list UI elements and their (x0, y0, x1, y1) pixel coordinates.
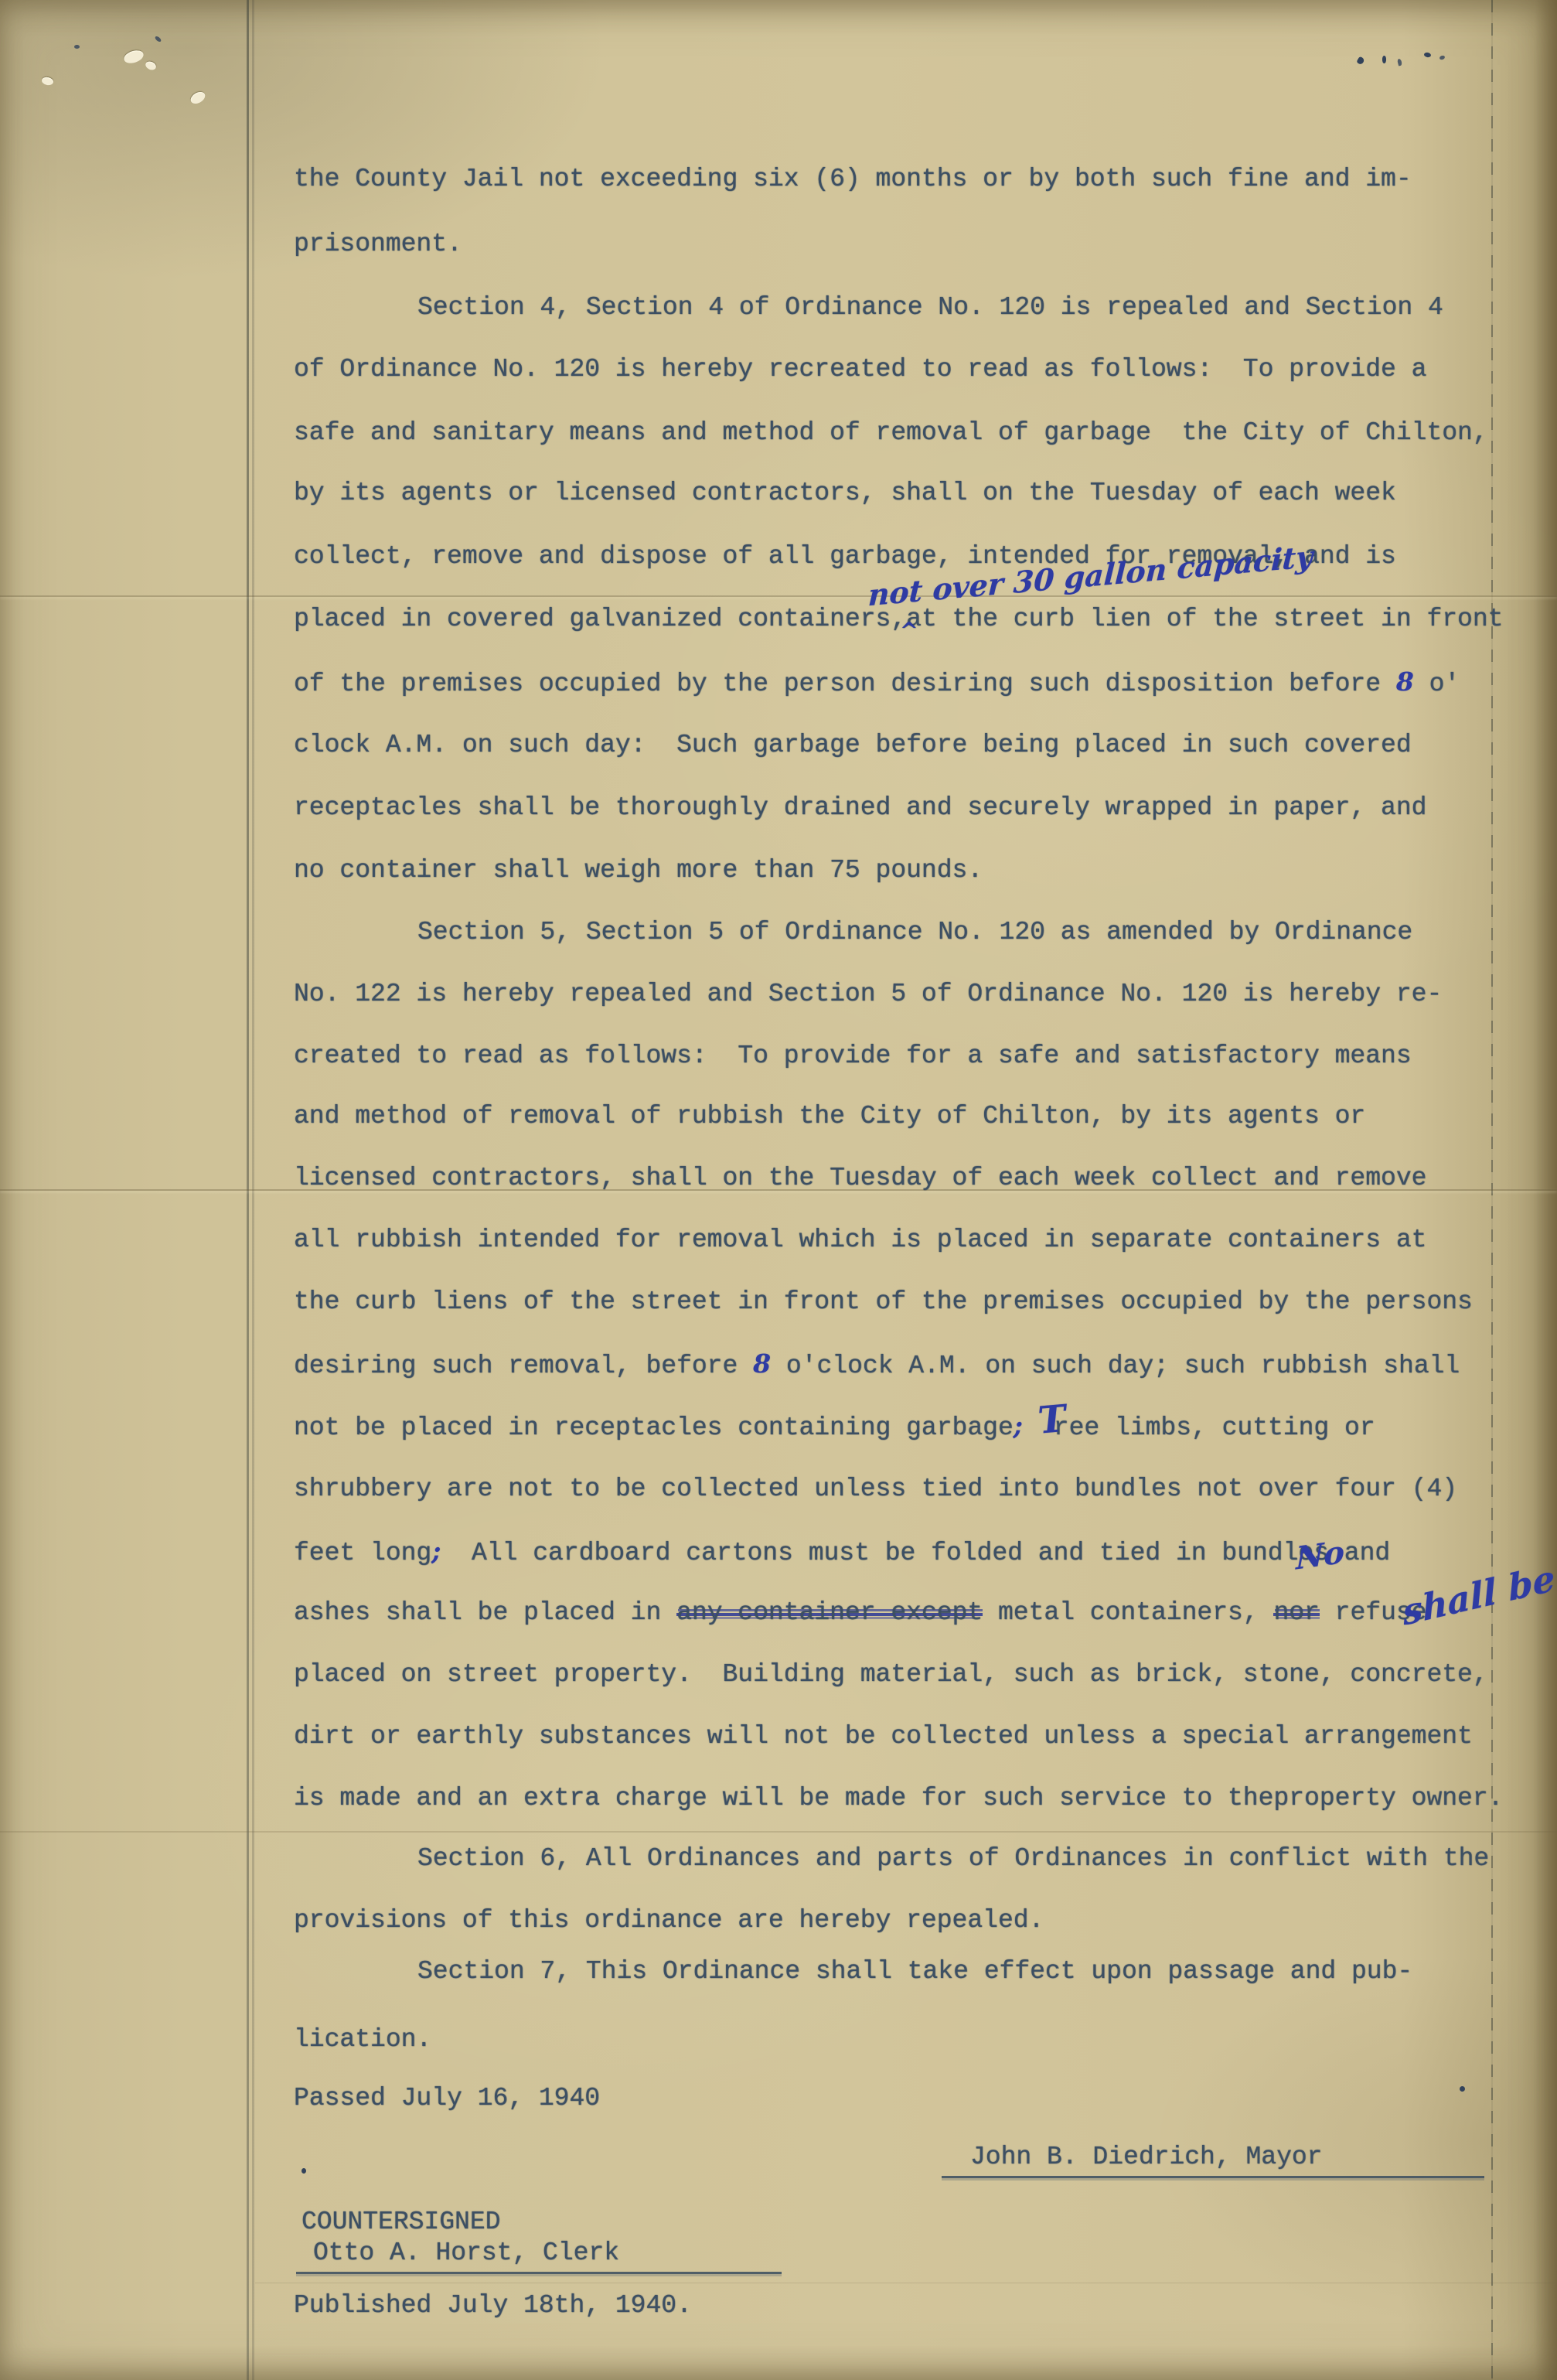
handwritten-edit: ; (1014, 1410, 1023, 1441)
ink-speck (1424, 52, 1432, 57)
text-line: of the premises occupied by the person d… (294, 667, 1460, 700)
paper-damage-speck (189, 90, 207, 106)
typed-text: ree limbs, cutting or (1054, 1413, 1375, 1442)
typed-text: o' (1414, 670, 1460, 698)
typed-text: dirt or earthly substances will not be c… (294, 1722, 1473, 1751)
typed-text: safe and sanitary means and method of re… (294, 418, 1488, 447)
typed-text: at the curb lien of the street in front (906, 605, 1503, 633)
text-line: prisonment. (294, 229, 462, 260)
text-line: Section 7, This Ordinance shall take eff… (417, 1956, 1412, 1987)
typed-text: shrubbery are not to be collected unless… (294, 1475, 1457, 1503)
text-line: the curb liens of the street in front of… (294, 1287, 1473, 1318)
typed-text: ashes shall be placed in (294, 1598, 676, 1627)
mayor-signature-underline (942, 2176, 1484, 2178)
typed-text: of the premises occupied by the person d… (294, 670, 1396, 698)
typed-text: clock A.M. on such day: Such garbage bef… (294, 731, 1412, 759)
text-line: COUNTERSIGNED (302, 2207, 500, 2238)
handwritten-edit: 8 (1396, 667, 1414, 697)
text-line: of Ordinance No. 120 is hereby recreated… (294, 354, 1426, 385)
ink-speck (1356, 56, 1365, 66)
text-line: the County Jail not exceeding six (6) mo… (294, 164, 1412, 195)
paper-damage-speck (41, 77, 54, 87)
text-line: licensed contractors, shall on the Tuesd… (294, 1163, 1426, 1194)
typed-text: Passed July 16, 1940 (294, 2084, 600, 2112)
typed-text: John B. Diedrich, Mayor (970, 2143, 1322, 2171)
typed-text: Published July 18th, 1940. (294, 2291, 692, 2320)
typed-text: the curb liens of the street in front of… (294, 1287, 1473, 1316)
ink-smudge (74, 45, 80, 49)
text-line: is made and an extra charge will be made… (294, 1783, 1503, 1814)
ink-speck (1439, 55, 1445, 60)
typed-text: placed on street property. Building mate… (294, 1660, 1488, 1689)
text-line: Section 5, Section 5 of Ordinance No. 12… (417, 917, 1412, 948)
typed-text: prisonment. (294, 230, 462, 258)
typed-text: licensed contractors, shall on the Tuesd… (294, 1164, 1426, 1192)
typed-text: lication. (294, 2025, 431, 2054)
ink-dot (1460, 2086, 1465, 2092)
typed-text: provisions of this ordinance are hereby … (294, 1906, 1044, 1935)
text-line: created to read as follows: To provide f… (294, 1041, 1412, 1072)
text-line: provisions of this ordinance are hereby … (294, 1905, 1044, 1936)
typed-text: o'clock A.M. on such day; such rubbish s… (771, 1352, 1460, 1380)
horizontal-fold-crease-4 (255, 2283, 1554, 2283)
typed-text: Otto A. Horst, Clerk (313, 2238, 619, 2267)
horizontal-fold-crease-1 (0, 595, 1557, 597)
handwritten-edit: nor (1273, 1598, 1319, 1627)
text-line: and method of removal of rubbish the Cit… (294, 1101, 1365, 1132)
typed-text: metal containers, (983, 1598, 1273, 1627)
text-line: No. 122 is hereby repealed and Section 5… (294, 979, 1442, 1010)
typed-text: no container shall weigh more than 75 po… (294, 856, 983, 885)
text-line: by its agents or licensed contractors, s… (294, 478, 1396, 509)
typed-text: All cardboard cartons must be folded and… (441, 1539, 1390, 1567)
handwritten-edit: 8 (753, 1349, 771, 1379)
text-line: all rubbish intended for removal which i… (294, 1225, 1426, 1256)
text-line: desiring such removal, before 8 o'clock … (294, 1349, 1460, 1382)
ink-speck (1397, 59, 1402, 66)
text-line: Otto A. Horst, Clerk (313, 2238, 619, 2269)
text-line: dirt or earthly substances will not be c… (294, 1721, 1473, 1752)
typed-text: COUNTERSIGNED (302, 2208, 500, 2236)
text-line: no container shall weigh more than 75 po… (294, 855, 983, 886)
typed-text: Section 5, Section 5 of Ordinance No. 12… (417, 918, 1412, 946)
text-line: safe and sanitary means and method of re… (294, 418, 1488, 448)
typed-text: created to read as follows: To provide f… (294, 1042, 1412, 1070)
text-line: Passed July 16, 1940 (294, 2083, 600, 2114)
typed-text: by its agents or licensed contractors, s… (294, 479, 1396, 507)
typed-text: Section 7, This Ordinance shall take eff… (417, 1957, 1412, 1986)
typed-text (1023, 1413, 1038, 1442)
typed-text: receptacles shall be thoroughly drained … (294, 793, 1426, 822)
typed-text: desiring such removal, before (294, 1352, 753, 1380)
handwritten-edit: any container except (676, 1598, 983, 1627)
text-line: John B. Diedrich, Mayor (970, 2142, 1322, 2173)
text-line: feet long; All cardboard cartons must be… (294, 1536, 1390, 1569)
ink-speck (1382, 56, 1386, 63)
text-line: not be placed in receptacles containing … (294, 1410, 1375, 1444)
text-line: Section 6, All Ordinances and parts of O… (417, 1843, 1489, 1874)
text-line: ashes shall be placed in any container e… (294, 1597, 1426, 1628)
vertical-fold-crease-left (247, 0, 249, 2380)
handwritten-edit: T (1038, 1420, 1054, 1421)
text-line: Section 4, Section 4 of Ordinance No. 12… (417, 292, 1443, 323)
horizontal-fold-crease-3 (0, 1831, 1557, 1833)
text-line: receptacles shall be thoroughly drained … (294, 793, 1426, 823)
typed-text: and method of removal of rubbish the Cit… (294, 1102, 1365, 1130)
text-line: clock A.M. on such day: Such garbage bef… (294, 730, 1412, 761)
handwritten-shall-be: shall be (1401, 1557, 1556, 1634)
text-line: lication. (294, 2024, 431, 2055)
ink-smudge (154, 36, 162, 43)
handwritten-edit: ; (431, 1536, 441, 1566)
text-line: shrubbery are not to be collected unless… (294, 1474, 1457, 1505)
typed-text: Section 6, All Ordinances and parts of O… (417, 1844, 1489, 1873)
typed-text: of Ordinance No. 120 is hereby recreated… (294, 355, 1426, 384)
typed-text: not be placed in receptacles containing … (294, 1413, 1014, 1442)
text-line: placed on street property. Building mate… (294, 1659, 1488, 1690)
vertical-margin-line-right (1491, 0, 1493, 2380)
ordinance-document-page: the County Jail not exceeding six (6) mo… (0, 0, 1557, 2380)
handwritten-word-no: No (1296, 1533, 1344, 1577)
typed-text: feet long (294, 1539, 431, 1567)
paper-damage-speck (122, 48, 145, 65)
text-line: Published July 18th, 1940. (294, 2290, 692, 2321)
typed-text: Section 4, Section 4 of Ordinance No. 12… (417, 293, 1443, 322)
paper-damage-speck (145, 60, 158, 72)
typed-text: placed in covered galvanized containers, (294, 605, 906, 633)
typed-text: is made and an extra charge will be made… (294, 1784, 1503, 1812)
ink-dot (302, 2168, 306, 2174)
typed-text: the County Jail not exceeding six (6) mo… (294, 165, 1412, 193)
typed-text: No. 122 is hereby repealed and Section 5… (294, 980, 1442, 1008)
clerk-signature-underline (296, 2272, 782, 2274)
typed-text: all rubbish intended for removal which i… (294, 1226, 1426, 1254)
